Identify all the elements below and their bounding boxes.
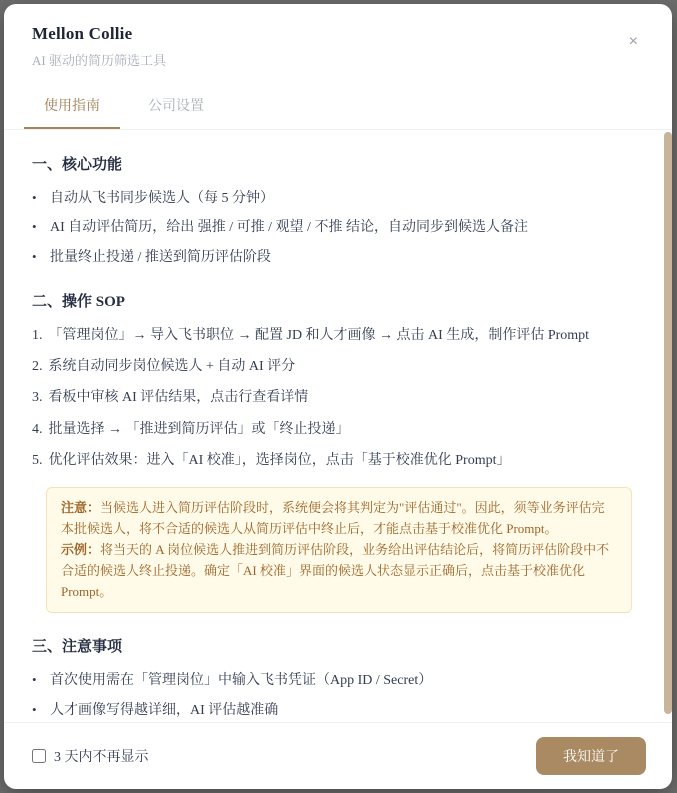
bullet-icon: • — [32, 248, 50, 268]
list-item-text: 自动从飞书同步候选人（每 5 分钟） — [50, 189, 274, 209]
scrollbar-thumb[interactable] — [664, 132, 672, 714]
list-number: 5. — [32, 451, 43, 471]
section-heading: 二、操作 SOP — [32, 290, 632, 311]
note-label: 注意： — [61, 500, 100, 515]
list-number: 1. — [32, 326, 43, 346]
section-cautions: 三、注意事项 • 首次使用需在「管理岗位」中输入飞书凭证（App ID / Se… — [32, 635, 632, 722]
note-text: 当候选人进入简历评估阶段时，系统便会将其判定为"评估通过"。因此，须等业务评估完… — [61, 500, 605, 536]
list-item-text: 「管理岗位」→ 导入飞书职位 → 配置 JD 和人才画像 → 点击 AI 生成，… — [49, 326, 590, 346]
close-icon[interactable]: × — [629, 34, 638, 50]
list-item: 4. 批量选择 → 「推进到简历评估」或「终止投递」 — [32, 420, 632, 440]
list-number: 2. — [32, 357, 43, 377]
confirm-button[interactable]: 我知道了 — [536, 737, 646, 775]
list-item: 5. 优化评估效果：进入「AI 校准」，选择岗位，点击「基于校准优化 Promp… — [32, 451, 632, 471]
list-item: 2. 系统自动同步岗位候选人 + 自动 AI 评分 — [32, 357, 632, 377]
list-number: 4. — [32, 420, 43, 440]
content-wrap: 一、核心功能 • 自动从飞书同步候选人（每 5 分钟） • AI 自动评估简历，… — [4, 130, 672, 722]
list-item-text: 批量选择 → 「推进到简历评估」或「终止投递」 — [49, 420, 350, 440]
list-item: • 自动从飞书同步候选人（每 5 分钟） — [32, 189, 632, 209]
note-line: 注意：当候选人进入简历评估阶段时，系统便会将其判定为"评估通过"。因此，须等业务… — [61, 498, 617, 540]
modal-footer: 3 天内不再显示 我知道了 — [4, 722, 672, 789]
section-heading: 一、核心功能 — [32, 153, 632, 174]
note-line: 示例：将当天的 A 岗位候选人推进到简历评估阶段，业务给出评估结论后，将简历评估… — [61, 540, 617, 602]
list-item: 1. 「管理岗位」→ 导入飞书职位 → 配置 JD 和人才画像 → 点击 AI … — [32, 326, 632, 346]
modal-subtitle: AI 驱动的简历筛选工具 — [32, 50, 648, 69]
list-item-text: 优化评估效果：进入「AI 校准」，选择岗位，点击「基于校准优化 Prompt」 — [49, 451, 511, 471]
list-item: • 批量终止投递 / 推送到简历评估阶段 — [32, 248, 632, 268]
tab-company-settings[interactable]: 公司设置 — [128, 85, 224, 129]
list-item-text: 首次使用需在「管理岗位」中输入飞书凭证（App ID / Secret） — [50, 671, 432, 691]
list-item-text: 人才画像写得越详细，AI 评估越准确 — [50, 701, 278, 721]
list-item: • AI 自动评估简历，给出 强推 / 可推 / 观望 / 不推 结论，自动同步… — [32, 218, 632, 238]
list-item: 3. 看板中审核 AI 评估结果，点击行查看详情 — [32, 388, 632, 408]
list-item: • 人才画像写得越详细，AI 评估越准确 — [32, 701, 632, 721]
dont-show-again-option[interactable]: 3 天内不再显示 — [32, 746, 149, 766]
tab-usage-guide[interactable]: 使用指南 — [24, 85, 120, 129]
bullet-icon: • — [32, 671, 50, 691]
list-item-text: AI 自动评估简历，给出 强推 / 可推 / 观望 / 不推 结论，自动同步到候… — [50, 218, 528, 238]
dont-show-again-checkbox[interactable] — [32, 749, 46, 763]
tab-bar: 使用指南 公司设置 — [4, 85, 672, 130]
section-heading: 三、注意事项 — [32, 635, 632, 656]
list-item-text: 批量终止投递 / 推送到简历评估阶段 — [50, 248, 271, 268]
note-text: 将当天的 A 岗位候选人推进到简历评估阶段，业务给出评估结论后，将简历评估阶段中… — [61, 542, 609, 599]
bullet-icon: • — [32, 189, 50, 209]
guide-content: 一、核心功能 • 自动从飞书同步候选人（每 5 分钟） • AI 自动评估简历，… — [4, 130, 672, 722]
onboarding-modal: Mellon Collie AI 驱动的简历筛选工具 × 使用指南 公司设置 一… — [4, 4, 672, 789]
section-core-features: 一、核心功能 • 自动从飞书同步候选人（每 5 分钟） • AI 自动评估简历，… — [32, 153, 632, 268]
modal-title: Mellon Collie — [32, 24, 648, 44]
section-sop: 二、操作 SOP 1. 「管理岗位」→ 导入飞书职位 → 配置 JD 和人才画像… — [32, 290, 632, 613]
list-item-text: 看板中审核 AI 评估结果，点击行查看详情 — [49, 388, 309, 408]
bullet-icon: • — [32, 218, 50, 238]
modal-header: Mellon Collie AI 驱动的简历筛选工具 × — [4, 4, 672, 69]
dont-show-again-label: 3 天内不再显示 — [54, 746, 149, 766]
list-item-text: 系统自动同步岗位候选人 + 自动 AI 评分 — [49, 357, 296, 377]
list-number: 3. — [32, 388, 43, 408]
list-item: • 首次使用需在「管理岗位」中输入飞书凭证（App ID / Secret） — [32, 671, 632, 691]
note-label: 示例： — [61, 542, 100, 557]
warning-note: 注意：当候选人进入简历评估阶段时，系统便会将其判定为"评估通过"。因此，须等业务… — [46, 487, 632, 613]
bullet-icon: • — [32, 701, 50, 721]
